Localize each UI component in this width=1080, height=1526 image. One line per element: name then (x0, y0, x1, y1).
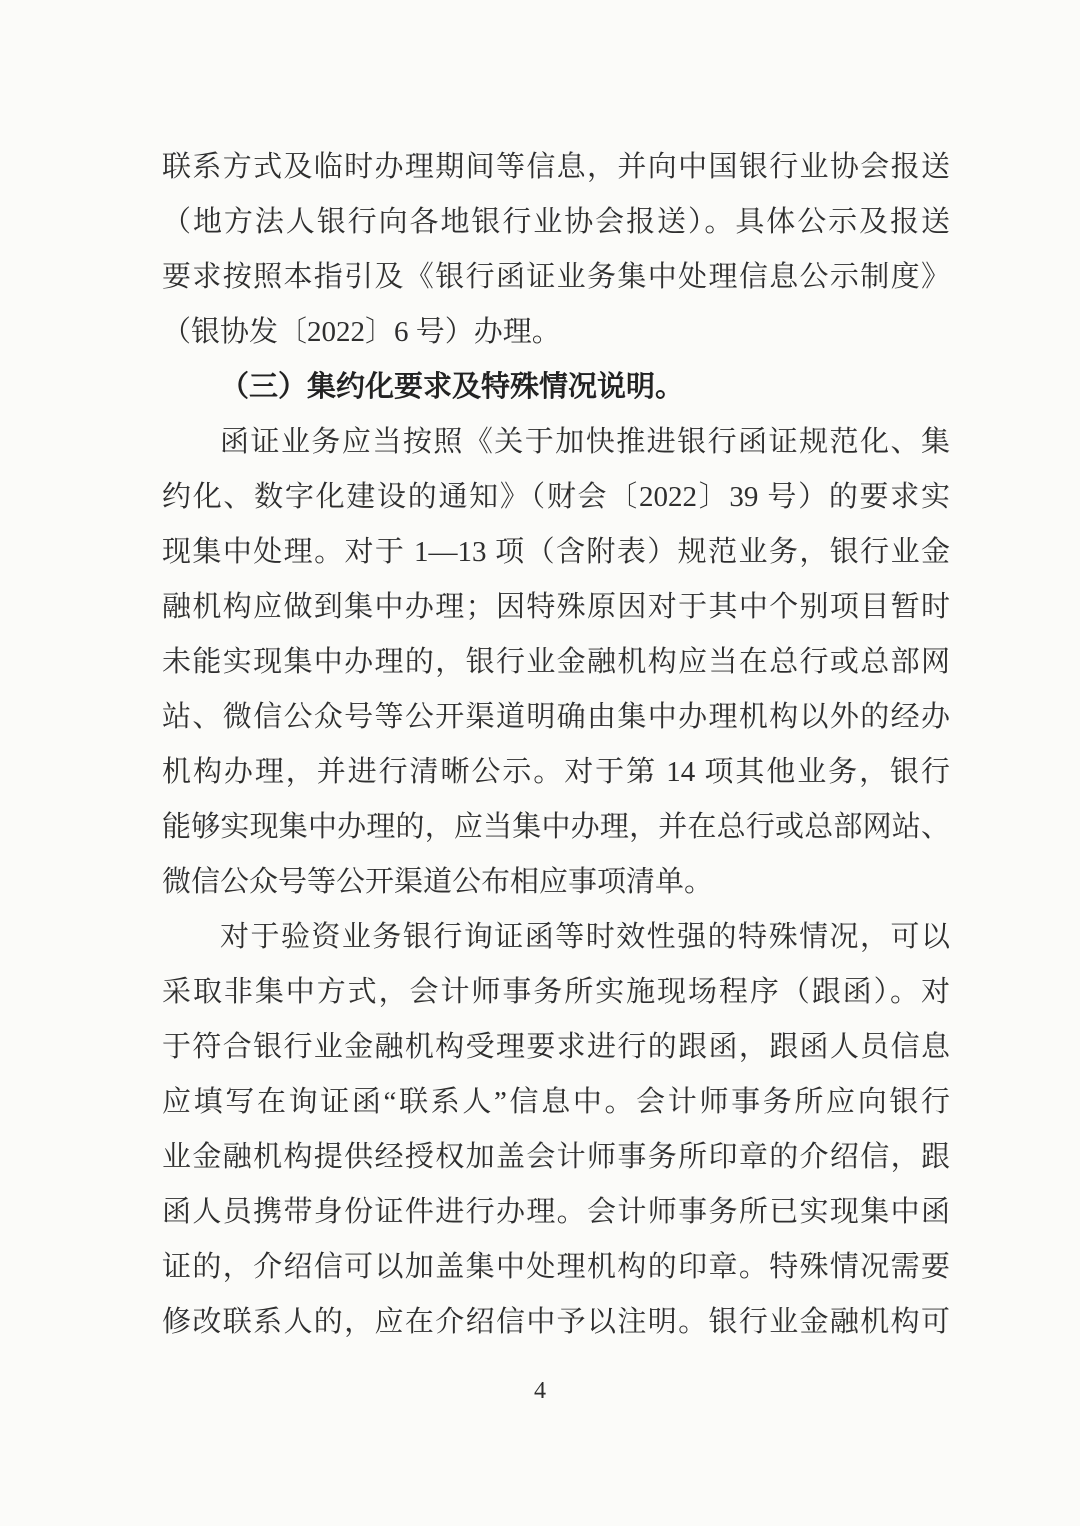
text-line: 修改联系人的，应在介绍信中予以注明。银行业金融机构可 (162, 1295, 950, 1350)
text-line: 对于验资业务银行询证函等时效性强的特殊情况，可以 (162, 910, 950, 965)
document-page: 联系方式及临时办理期间等信息，并向中国银行业协会报送（地方法人银行向各地银行业协… (0, 0, 1080, 1526)
document-body: 联系方式及临时办理期间等信息，并向中国银行业协会报送（地方法人银行向各地银行业协… (162, 140, 950, 1350)
text-line: 机构办理，并进行清晰公示。对于第 14 项其他业务，银行 (162, 745, 950, 800)
page-number: 4 (0, 1378, 1080, 1405)
text-line: 微信公众号等公开渠道公布相应事项清单。 (162, 855, 950, 910)
text-line: 函证业务应当按照《关于加快推进银行函证规范化、集 (162, 415, 950, 470)
text-line: 要求按照本指引及《银行函证业务集中处理信息公示制度》 (162, 250, 950, 305)
text-line: 于符合银行业金融机构受理要求进行的跟函，跟函人员信息 (162, 1020, 950, 1075)
text-line: （银协发〔2022〕6 号）办理。 (162, 305, 950, 360)
text-line: （地方法人银行向各地银行业协会报送）。具体公示及报送 (162, 195, 950, 250)
text-line: 约化、数字化建设的通知》（财会〔2022〕39 号）的要求实 (162, 470, 950, 525)
text-line: 函人员携带身份证件进行办理。会计师事务所已实现集中函 (162, 1185, 950, 1240)
text-line: 业金融机构提供经授权加盖会计师事务所印章的介绍信，跟 (162, 1130, 950, 1185)
text-line: 现集中处理。对于 1—13 项（含附表）规范业务，银行业金 (162, 525, 950, 580)
text-line: 融机构应做到集中办理；因特殊原因对于其中个别项目暂时 (162, 580, 950, 635)
text-line: 未能实现集中办理的，银行业金融机构应当在总行或总部网 (162, 635, 950, 690)
text-line: 能够实现集中办理的，应当集中办理，并在总行或总部网站、 (162, 800, 950, 855)
text-line: 证的，介绍信可以加盖集中处理机构的印章。特殊情况需要 (162, 1240, 950, 1295)
text-line: 联系方式及临时办理期间等信息，并向中国银行业协会报送 (162, 140, 950, 195)
text-line: 站、微信公众号等公开渠道明确由集中办理机构以外的经办 (162, 690, 950, 745)
text-line: 应填写在询证函“联系人”信息中。会计师事务所应向银行 (162, 1075, 950, 1130)
text-line: 采取非集中方式，会计师事务所实施现场程序（跟函）。对 (162, 965, 950, 1020)
section-heading: （三）集约化要求及特殊情况说明。 (162, 360, 950, 415)
